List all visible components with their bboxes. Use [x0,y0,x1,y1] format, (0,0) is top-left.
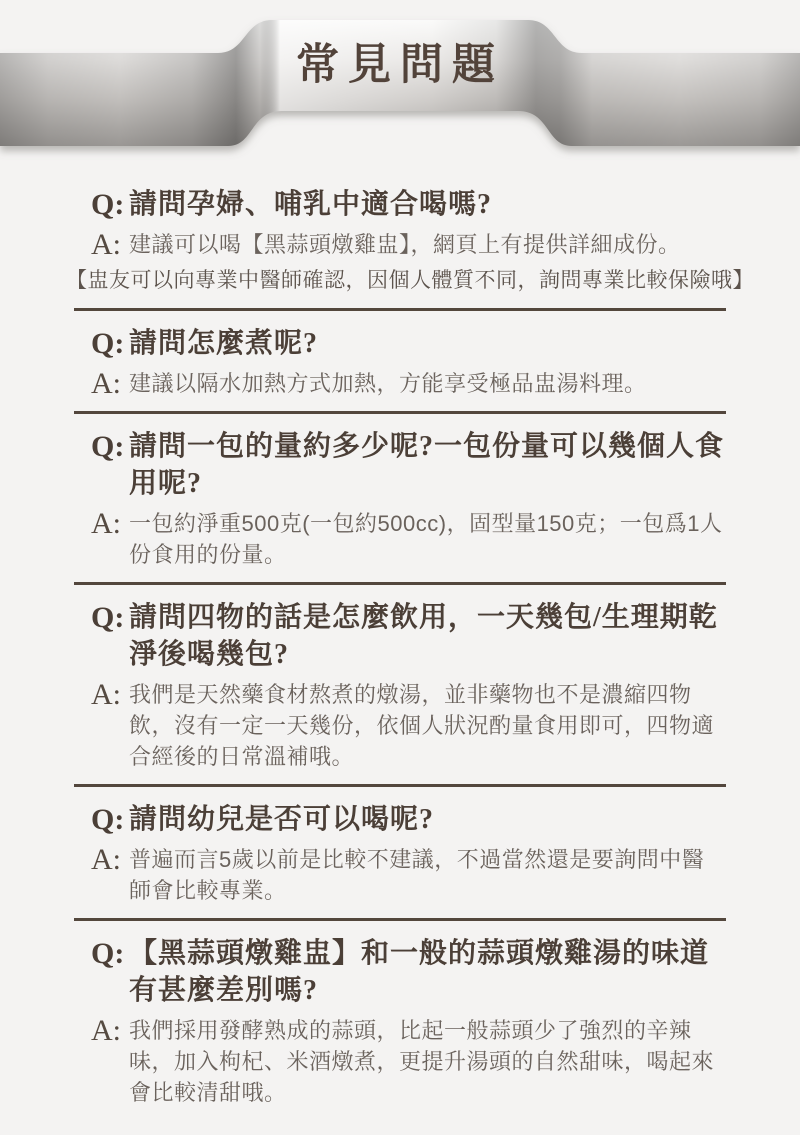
question-row: Q: 請問幼兒是否可以喝呢? [74,801,726,838]
divider [74,582,726,585]
ribbon-banner: 常見問題 [0,0,800,170]
answer-text: 普遍而言5歲以前是比較不建議，不過當然還是要詢問中醫師會比較專業。 [129,844,726,906]
question-row: Q: 請問怎麼煮呢? [74,325,726,362]
question-row: Q: 請問孕婦、哺乳中適合喝嗎? [74,186,726,223]
question-prefix: Q: [91,428,129,465]
divider [74,411,726,414]
answer-prefix: A: [91,679,129,710]
answer-row: A: 我們採用發酵熟成的蒜頭，比起一般蒜頭少了強烈的辛辣味，加入枸杞、米酒燉煮，… [74,1015,726,1108]
question-row: Q: 請問四物的話是怎麼飲用，一天幾包/生理期乾淨後喝幾包? [74,599,726,673]
question-text: 請問孕婦、哺乳中適合喝嗎? [129,186,726,223]
faq-item: Q: 請問怎麼煮呢? A: 建議以隔水加熱方式加熱，方能享受極品盅湯料理。 [74,325,726,414]
faq-item: Q: 請問幼兒是否可以喝呢? A: 普遍而言5歲以前是比較不建議，不過當然還是要… [74,801,726,921]
answer-text: 建議可以喝【黑蒜頭燉雞盅】，網頁上有提供詳細成份。 [129,229,726,260]
question-prefix: Q: [91,599,129,636]
question-prefix: Q: [91,186,129,223]
divider [74,784,726,787]
answer-prefix: A: [91,1015,129,1046]
question-row: Q: 【黑蒜頭燉雞盅】和一般的蒜頭燉雞湯的味道有甚麼差別嗎? [74,935,726,1009]
faq-item: Q: 請問四物的話是怎麼飲用，一天幾包/生理期乾淨後喝幾包? A: 我們是天然藥… [74,599,726,787]
answer-prefix: A: [91,368,129,399]
page-title: 常見問題 [0,42,800,89]
faq-item: Q: 請問孕婦、哺乳中適合喝嗎? A: 建議可以喝【黑蒜頭燉雞盅】，網頁上有提供… [74,186,726,311]
divider [74,308,726,311]
faq-item: Q: 【黑蒜頭燉雞盅】和一般的蒜頭燉雞湯的味道有甚麼差別嗎? A: 我們採用發酵… [74,935,726,1108]
answer-row: A: 普遍而言5歲以前是比較不建議，不過當然還是要詢問中醫師會比較專業。 [74,844,726,906]
answer-prefix: A: [91,844,129,875]
question-text: 請問怎麼煮呢? [129,325,726,362]
answer-row: A: 建議以隔水加熱方式加熱，方能享受極品盅湯料理。 [74,368,726,399]
answer-text: 我們採用發酵熟成的蒜頭，比起一般蒜頭少了強烈的辛辣味，加入枸杞、米酒燉煮，更提升… [129,1015,726,1108]
question-prefix: Q: [91,935,129,972]
answer-note: 【盅友可以向專業中醫師確認，因個人體質不同，詢問專業比較保險哦】 [66,266,734,296]
answer-prefix: A: [91,508,129,539]
answer-row: A: 一包約淨重500克(一包約500cc)，固型量150克；一包爲1人份食用的… [74,508,726,570]
faq-item: Q: 請問一包的量約多少呢?一包份量可以幾個人食用呢? A: 一包約淨重500克… [74,428,726,585]
answer-row: A: 我們是天然藥食材熬煮的燉湯，並非藥物也不是濃縮四物飲，沒有一定一天幾份，依… [74,679,726,772]
question-text: 【黑蒜頭燉雞盅】和一般的蒜頭燉雞湯的味道有甚麼差別嗎? [129,935,726,1009]
faq-page: 常見問題 Q: 請問孕婦、哺乳中適合喝嗎? A: 建議可以喝【黑蒜頭燉雞盅】，網… [0,0,800,1135]
answer-row: A: 建議可以喝【黑蒜頭燉雞盅】，網頁上有提供詳細成份。 [74,229,726,260]
answer-prefix: A: [91,229,129,260]
answer-text: 我們是天然藥食材熬煮的燉湯，並非藥物也不是濃縮四物飲，沒有一定一天幾份，依個人狀… [129,679,726,772]
answer-text: 一包約淨重500克(一包約500cc)，固型量150克；一包爲1人份食用的份量。 [129,508,726,570]
question-prefix: Q: [91,325,129,362]
question-text: 請問一包的量約多少呢?一包份量可以幾個人食用呢? [129,428,726,502]
question-text: 請問幼兒是否可以喝呢? [129,801,726,838]
question-row: Q: 請問一包的量約多少呢?一包份量可以幾個人食用呢? [74,428,726,502]
divider [74,918,726,921]
question-text: 請問四物的話是怎麼飲用，一天幾包/生理期乾淨後喝幾包? [129,599,726,673]
question-prefix: Q: [91,801,129,838]
answer-text: 建議以隔水加熱方式加熱，方能享受極品盅湯料理。 [129,368,726,399]
faq-list: Q: 請問孕婦、哺乳中適合喝嗎? A: 建議可以喝【黑蒜頭燉雞盅】，網頁上有提供… [0,170,800,1108]
